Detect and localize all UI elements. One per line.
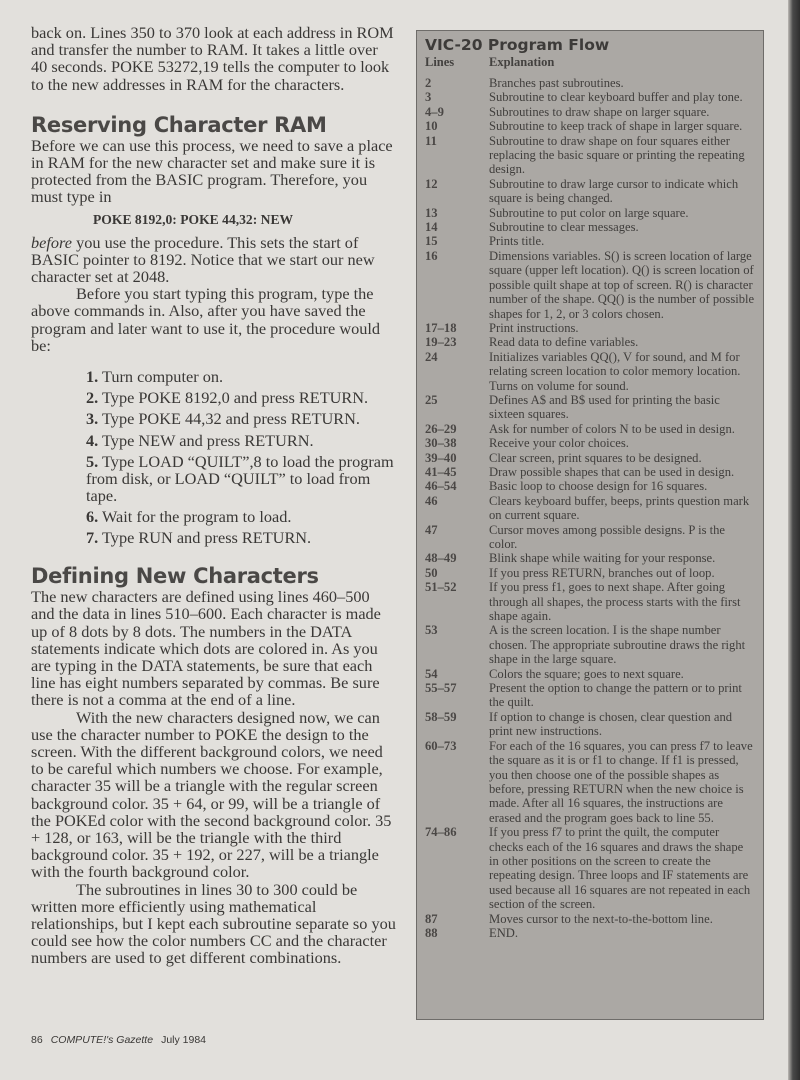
table-row: 24Initializes variables QQ(), V for soun… [425,350,755,393]
row-lines: 54 [425,667,489,681]
row-lines: 39–40 [425,451,489,465]
table-row: 15Prints title. [425,234,755,248]
table-row: 41–45Draw possible shapes that can be us… [425,465,755,479]
table-row: 53A is the screen location. I is the sha… [425,623,755,666]
table-row: 12Subroutine to draw large cursor to ind… [425,177,755,206]
row-lines: 41–45 [425,465,489,479]
row-lines: 46–54 [425,479,489,493]
intro-paragraph: back on. Lines 350 to 370 look at each a… [31,24,397,93]
row-explanation: Initializes variables QQ(), V for sound,… [489,350,755,393]
table-row: 39–40Clear screen, print squares to be d… [425,451,755,465]
table-row: 88END. [425,926,755,940]
row-explanation: Defines A$ and B$ used for printing the … [489,393,755,422]
row-explanation: If you press f1, goes to next shape. Aft… [489,580,755,623]
table-row: 47Cursor moves among possible designs. P… [425,523,755,552]
program-flow-sidebar: VIC-20 Program Flow Lines Explanation 2B… [416,30,764,1020]
step-item: 3. Type POKE 44,32 and press RETURN. [86,410,397,427]
table-row: 48–49Blink shape while waiting for your … [425,551,755,565]
row-explanation: A is the screen location. I is the shape… [489,623,755,666]
table-row: 2Branches past subroutines. [425,76,755,90]
section-heading-defining-characters: Defining New Characters [31,564,397,588]
row-explanation: Basic loop to choose design for 16 squar… [489,479,755,493]
row-lines: 74–86 [425,825,489,911]
row-lines: 19–23 [425,335,489,349]
table-row: 19–23Read data to define variables. [425,335,755,349]
section2-paragraph1: The new characters are defined using lin… [31,588,397,708]
step-item: 7. Type RUN and press RETURN. [86,529,397,546]
table-row: 25Defines A$ and B$ used for printing th… [425,393,755,422]
row-lines: 17–18 [425,321,489,335]
table-row: 30–38Receive your color choices. [425,436,755,450]
row-lines: 15 [425,234,489,248]
row-lines: 48–49 [425,551,489,565]
table-row: 74–86If you press f7 to print the quilt,… [425,825,755,911]
section1-paragraph2-text: you use the procedure. This sets the sta… [31,233,375,286]
page-edge-shadow [788,0,800,1080]
row-explanation: Branches past subroutines. [489,76,755,90]
row-explanation: Present the option to change the pattern… [489,681,755,710]
row-explanation: Clears keyboard buffer, beeps, prints qu… [489,494,755,523]
table-row: 16Dimensions variables. S() is screen lo… [425,249,755,321]
row-explanation: Subroutine to draw shape on four squares… [489,134,755,177]
row-lines: 47 [425,523,489,552]
table-row: 60–73For each of the 16 squares, you can… [425,739,755,825]
table-row: 55–57Present the option to change the pa… [425,681,755,710]
row-explanation: Subroutines to draw shape on larger squa… [489,105,755,119]
row-lines: 11 [425,134,489,177]
section-heading-reserving-ram: Reserving Character RAM [31,113,397,137]
step-item: 2. Type POKE 8192,0 and press RETURN. [86,389,397,406]
table-row: 58–59If option to change is chosen, clea… [425,710,755,739]
row-lines: 30–38 [425,436,489,450]
row-explanation: Dimensions variables. S() is screen loca… [489,249,755,321]
magazine-name: COMPUTE!'s Gazette [51,1034,153,1046]
sidebar-title: VIC-20 Program Flow [425,35,755,55]
row-explanation: Read data to define variables. [489,335,755,349]
step-item: 5. Type LOAD “QUILT”,8 to load the progr… [86,453,397,504]
issue-date: July 1984 [161,1034,206,1046]
row-explanation: If option to change is chosen, clear que… [489,710,755,739]
article-column: back on. Lines 350 to 370 look at each a… [31,24,397,967]
row-lines: 50 [425,566,489,580]
row-explanation: Moves cursor to the next-to-the-bottom l… [489,912,755,926]
table-body: 2Branches past subroutines.3Subroutine t… [425,76,755,940]
row-explanation: Clear screen, print squares to be design… [489,451,755,465]
row-lines: 24 [425,350,489,393]
row-explanation: If you press RETURN, branches out of loo… [489,566,755,580]
section2-paragraph3: The subroutines in lines 30 to 300 could… [31,881,397,967]
row-explanation: For each of the 16 squares, you can pres… [489,739,755,825]
section1-paragraph2: before you use the procedure. This sets … [31,234,397,286]
table-row: 46Clears keyboard buffer, beeps, prints … [425,494,755,523]
row-lines: 3 [425,90,489,104]
row-lines: 53 [425,623,489,666]
header-lines: Lines [425,55,489,70]
row-lines: 26–29 [425,422,489,436]
table-row: 46–54Basic loop to choose design for 16 … [425,479,755,493]
table-row: 54Colors the square; goes to next square… [425,667,755,681]
table-header: Lines Explanation [425,55,755,70]
table-row: 4–9Subroutines to draw shape on larger s… [425,105,755,119]
step-item: 1. Turn computer on. [86,368,397,385]
row-explanation: Cursor moves among possible designs. P i… [489,523,755,552]
row-lines: 87 [425,912,489,926]
row-lines: 4–9 [425,105,489,119]
row-lines: 13 [425,206,489,220]
page-footer: 86COMPUTE!'s GazetteJuly 1984 [31,1034,206,1046]
row-explanation: Subroutine to draw large cursor to indic… [489,177,755,206]
row-explanation: Subroutine to keep track of shape in lar… [489,119,755,133]
row-lines: 10 [425,119,489,133]
row-explanation: Prints title. [489,234,755,248]
row-lines: 46 [425,494,489,523]
row-explanation: Receive your color choices. [489,436,755,450]
row-lines: 16 [425,249,489,321]
header-explanation: Explanation [489,55,554,70]
row-lines: 14 [425,220,489,234]
table-row: 11Subroutine to draw shape on four squar… [425,134,755,177]
row-lines: 2 [425,76,489,90]
procedure-steps: 1. Turn computer on. 2. Type POKE 8192,0… [86,368,397,546]
row-lines: 51–52 [425,580,489,623]
section1-paragraph1: Before we can use this process, we need … [31,137,397,206]
row-lines: 12 [425,177,489,206]
table-row: 13Subroutine to put color on large squar… [425,206,755,220]
row-explanation: END. [489,926,755,940]
row-lines: 88 [425,926,489,940]
row-explanation: Subroutine to clear messages. [489,220,755,234]
step-item: 6. Wait for the program to load. [86,508,397,525]
section2-paragraph2: With the new characters designed now, we… [31,709,397,881]
table-row: 50If you press RETURN, branches out of l… [425,566,755,580]
row-explanation: Print instructions. [489,321,755,335]
table-row: 26–29Ask for number of colors N to be us… [425,422,755,436]
step-item: 4. Type NEW and press RETURN. [86,432,397,449]
table-row: 14Subroutine to clear messages. [425,220,755,234]
section1-paragraph3: Before you start typing this program, ty… [31,285,397,354]
row-explanation: Ask for number of colors N to be used in… [489,422,755,436]
table-row: 51–52If you press f1, goes to next shape… [425,580,755,623]
row-explanation: Subroutine to clear keyboard buffer and … [489,90,755,104]
table-row: 3Subroutine to clear keyboard buffer and… [425,90,755,104]
code-snippet: POKE 8192,0: POKE 44,32: NEW [93,212,397,228]
row-lines: 25 [425,393,489,422]
row-explanation: Blink shape while waiting for your respo… [489,551,755,565]
emphasis-before: before [31,233,72,252]
row-explanation: Subroutine to put color on large square. [489,206,755,220]
row-lines: 60–73 [425,739,489,825]
row-lines: 55–57 [425,681,489,710]
page-number: 86 [31,1034,43,1046]
row-lines: 58–59 [425,710,489,739]
table-row: 17–18Print instructions. [425,321,755,335]
row-explanation: If you press f7 to print the quilt, the … [489,825,755,911]
table-row: 10Subroutine to keep track of shape in l… [425,119,755,133]
table-row: 87Moves cursor to the next-to-the-bottom… [425,912,755,926]
row-explanation: Draw possible shapes that can be used in… [489,465,755,479]
row-explanation: Colors the square; goes to next square. [489,667,755,681]
